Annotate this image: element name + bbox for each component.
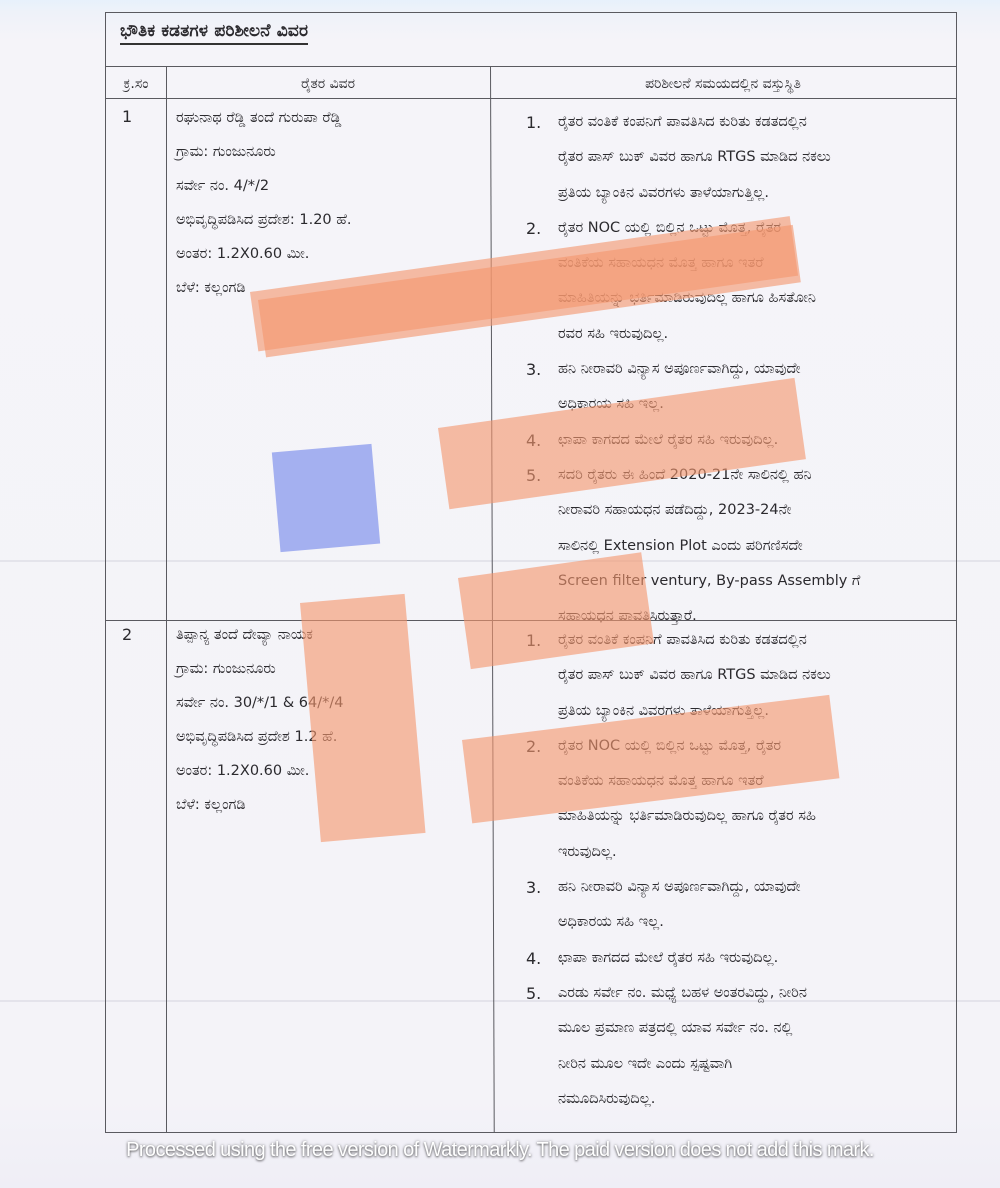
- farmer-developed-area: ಅಭಿವೃದ್ಧಿಪಡಿಸಿದ ಪ್ರದೇಶ 1.2 ಹೆ.: [176, 720, 344, 754]
- row-serial: 1: [122, 107, 132, 126]
- farmer-details: ತಿಪ್ಪಾನ್ಯ ತಂದೆ ದೇವ್ಯಾ ನಾಯಕ ಗ್ರಾಮ: ಗುಂಜುನ…: [176, 618, 344, 822]
- observation-text-line: ಹನಿ ನೀರಾವರಿ ವಿನ್ಯಾಸ ಅಪೂರ್ಣವಾಗಿದ್ದು, ಯಾವು…: [558, 870, 946, 905]
- observation-item: 3.ಹನಿ ನೀರಾವರಿ ವಿನ್ಯಾಸ ಅಪೂರ್ಣವಾಗಿದ್ದು, ಯಾ…: [526, 870, 946, 941]
- observation-number: 4.: [526, 423, 541, 458]
- observation-list: 1.ರೈತರ ವಂತಿಕೆ ಕಂಪನಿಗೆ ಪಾವತಿಸಿದ ಕುರಿತು ಕಡ…: [526, 105, 946, 634]
- column-header-serial: ಕ್ರ.ಸಂ: [106, 69, 166, 99]
- observation-text-line: ವಂತಿಕೆಯ ಸಹಾಯಧನ ಮೊತ್ತ ಹಾಗೂ ಇತರೆ: [558, 246, 946, 281]
- observation-text-line: Screen filter ventury, By-pass Assembly …: [558, 564, 946, 599]
- observation-text-line: ನಮೂದಿಸಿರುವುದಿಲ್ಲ.: [558, 1082, 946, 1117]
- observation-text-line: ಮಾಹಿತಿಯನ್ನು ಭರ್ತಿಮಾಡಿರುವುದಿಲ್ಲ ಹಾಗೂ ರೈತರ…: [558, 799, 946, 834]
- observation-item: 2.ರೈತರ NOC ಯಲ್ಲಿ ಬಿಲ್ಲಿನ ಒಟ್ಟು ಮೊತ್ತ, ರೈ…: [526, 729, 946, 870]
- observation-text-line: ಪ್ರತಿಯ ಬ್ಯಾಂಕಿನ ವಿವರಗಳು ತಾಳೆಯಾಗುತ್ತಿಲ್ಲ.: [558, 176, 946, 211]
- observation-list: 1.ರೈತರ ವಂತಿಕೆ ಕಂಪನಿಗೆ ಪಾವತಿಸಿದ ಕುರಿತು ಕಡ…: [526, 623, 946, 1117]
- observation-number: 2.: [526, 729, 541, 764]
- observation-text-line: ವಂತಿಕೆಯ ಸಹಾಯಧನ ಮೊತ್ತ ಹಾಗೂ ಇತರೆ: [558, 764, 946, 799]
- observation-text-line: ರೈತರ ಪಾಸ್ ಬುಕ್ ವಿವರ ಹಾಗೂ RTGS ಮಾಡಿದ ನಕಲು: [558, 658, 946, 693]
- farmer-survey-number: ಸರ್ವೇ ನಂ. 4/*/2: [176, 169, 352, 203]
- farmer-survey-number: ಸರ್ವೇ ನಂ. 30/*/1 & 64/*/4: [176, 686, 344, 720]
- observation-item: 1.ರೈತರ ವಂತಿಕೆ ಕಂಪನಿಗೆ ಪಾವತಿಸಿದ ಕುರಿತು ಕಡ…: [526, 105, 946, 211]
- observation-text-line: ಇರುವುದಿಲ್ಲ.: [558, 835, 946, 870]
- observation-text-line: ಮೂಲ ಪ್ರಮಾಣ ಪತ್ರದಲ್ಲಿ ಯಾವ ಸರ್ವೇ ನಂ. ನಲ್ಲಿ: [558, 1011, 946, 1046]
- observation-text-line: ಛಾಪಾ ಕಾಗದದ ಮೇಲೆ ರೈತರ ಸಹಿ ಇರುವುದಿಲ್ಲ.: [558, 423, 946, 458]
- observation-text-line: ರೈತರ NOC ಯಲ್ಲಿ ಬಿಲ್ಲಿನ ಒಟ್ಟು ಮೊತ್ತ, ರೈತರ: [558, 729, 946, 764]
- farmer-village: ಗ್ರಾಮ: ಗುಂಜುನೂರು: [176, 652, 344, 686]
- observation-text-line: ಸದರಿ ರೈತರು ಈ ಹಿಂದೆ 2020-21ನೇ ಸಾಲಿನಲ್ಲಿ ಹ…: [558, 458, 946, 493]
- observation-text-line: ರವರ ಸಹಿ ಇರುವುದಿಲ್ಲ.: [558, 317, 946, 352]
- observation-text-line: ಎರಡು ಸರ್ವೇ ನಂ. ಮಧ್ಯೆ ಬಹಳ ಅಂತರವಿದ್ದು, ನೀರ…: [558, 976, 946, 1011]
- inspection-table: ಭೌತಿಕ ಕಡತಗಳ ಪರಿಶೀಲನೆ ವಿವರ ಕ್ರ.ಸಂ ರೈತರ ವಿ…: [105, 12, 957, 1133]
- observation-item: 3.ಹನಿ ನೀರಾವರಿ ವಿನ್ಯಾಸ ಅಪೂರ್ಣವಾಗಿದ್ದು, ಯಾ…: [526, 352, 946, 423]
- observation-text-line: ರೈತರ ವಂತಿಕೆ ಕಂಪನಿಗೆ ಪಾವತಿಸಿದ ಕುರಿತು ಕಡತದ…: [558, 105, 946, 140]
- observation-item: 5.ಎರಡು ಸರ್ವೇ ನಂ. ಮಧ್ಯೆ ಬಹಳ ಅಂತರವಿದ್ದು, ನ…: [526, 976, 946, 1117]
- column-divider: [490, 66, 495, 1132]
- observation-text-line: ಅಧಿಕಾರಯ ಸಹಿ ಇಲ್ಲ.: [558, 905, 946, 940]
- row-serial: 2: [122, 625, 132, 644]
- farmer-name: ತಿಪ್ಪಾನ್ಯ ತಂದೆ ದೇವ್ಯಾ ನಾಯಕ: [176, 618, 344, 652]
- observation-number: 5.: [526, 458, 541, 493]
- watermark-notice: Processed using the free version of Wate…: [0, 1139, 1000, 1162]
- observation-text-line: ರೈತರ ಪಾಸ್ ಬುಕ್ ವಿವರ ಹಾಗೂ RTGS ಮಾಡಿದ ನಕಲು: [558, 140, 946, 175]
- observation-text-line: ಪ್ರತಿಯ ಬ್ಯಾಂಕಿನ ವಿವರಗಳು ತಾಳೆಯಾಗುತ್ತಿಲ್ಲ.: [558, 694, 946, 729]
- observation-number: 1.: [526, 623, 541, 658]
- observation-number: 3.: [526, 352, 541, 387]
- observation-text-line: ಸಾಲಿನಲ್ಲಿ Extension Plot ಎಂದು ಪರಿಗಣಿಸದೇ: [558, 529, 946, 564]
- observation-number: 1.: [526, 105, 541, 140]
- title-divider: [106, 66, 956, 67]
- observation-number: 4.: [526, 941, 541, 976]
- farmer-crop: ಬೆಳೆ: ಕಲ್ಲಂಗಡಿ: [176, 271, 352, 305]
- farmer-developed-area: ಅಭಿವೃದ್ಧಿಪಡಿಸಿದ ಪ್ರದೇಶ: 1.20 ಹೆ.: [176, 203, 352, 237]
- observation-text-line: ಛಾಪಾ ಕಾಗದದ ಮೇಲೆ ರೈತರ ಸಹಿ ಇರುವುದಿಲ್ಲ.: [558, 941, 946, 976]
- observation-number: 2.: [526, 211, 541, 246]
- observation-text-line: ಅಧಿಕಾರಯ ಸಹಿ ಇಲ್ಲ.: [558, 387, 946, 422]
- column-divider: [166, 66, 167, 1132]
- observation-text-line: ನೀರಾವರಿ ಸಹಾಯಧನ ಪಡೆದಿದ್ದು, 2023-24ನೇ: [558, 493, 946, 528]
- document-title: ಭೌತಿಕ ಕಡತಗಳ ಪರಿಶೀಲನೆ ವಿವರ: [120, 21, 308, 45]
- observation-text-line: ಮಾಹಿತಿಯನ್ನು ಭರ್ತಿಮಾಡಿರುವುದಿಲ್ಲ ಹಾಗೂ ಹಿಸತ…: [558, 281, 946, 316]
- observation-text-line: ಹನಿ ನೀರಾವರಿ ವಿನ್ಯಾಸ ಅಪೂರ್ಣವಾಗಿದ್ದು, ಯಾವು…: [558, 352, 946, 387]
- observation-number: 5.: [526, 976, 541, 1011]
- observation-text-line: ನೀರಿನ ಮೂಲ ಇದೇ ಎಂದು ಸ್ಪಷ್ಟವಾಗಿ: [558, 1047, 946, 1082]
- farmer-spacing: ಅಂತರ: 1.2X0.60 ಮೀ.: [176, 754, 344, 788]
- observation-item: 1.ರೈತರ ವಂತಿಕೆ ಕಂಪನಿಗೆ ಪಾವತಿಸಿದ ಕುರಿತು ಕಡ…: [526, 623, 946, 729]
- farmer-crop: ಬೆಳೆ: ಕಲ್ಲಂಗಡಿ: [176, 788, 344, 822]
- column-header-observation: ಪರಿಶೀಲನೆ ಸಮಯದಲ್ಲಿನ ವಸ್ತುಸ್ಥಿತಿ: [490, 69, 956, 99]
- observation-item: 2.ರೈತರ NOC ಯಲ್ಲಿ ಬಿಲ್ಲಿನ ಒಟ್ಟು ಮೊತ್ತ, ರೈ…: [526, 211, 946, 352]
- observation-item: 4.ಛಾಪಾ ಕಾಗದದ ಮೇಲೆ ರೈತರ ಸಹಿ ಇರುವುದಿಲ್ಲ.: [526, 941, 946, 976]
- observation-number: 3.: [526, 870, 541, 905]
- column-header-farmer-details: ರೈತರ ವಿವರ: [166, 69, 490, 99]
- farmer-spacing: ಅಂತರ: 1.2X0.60 ಮೀ.: [176, 237, 352, 271]
- observation-text-line: ರೈತರ NOC ಯಲ್ಲಿ ಬಿಲ್ಲಿನ ಒಟ್ಟು ಮೊತ್ತ, ರೈತರ: [558, 211, 946, 246]
- observation-item: 4.ಛಾಪಾ ಕಾಗದದ ಮೇಲೆ ರೈತರ ಸಹಿ ಇರುವುದಿಲ್ಲ.: [526, 423, 946, 458]
- observation-item: 5.ಸದರಿ ರೈತರು ಈ ಹಿಂದೆ 2020-21ನೇ ಸಾಲಿನಲ್ಲಿ…: [526, 458, 946, 634]
- farmer-details: ರಘುನಾಥ ರೆಡ್ಡಿ ತಂದೆ ಗುರುಪಾ ರೆಡ್ಡಿ ಗ್ರಾಮ: …: [176, 101, 352, 305]
- observation-text-line: ರೈತರ ವಂತಿಕೆ ಕಂಪನಿಗೆ ಪಾವತಿಸಿದ ಕುರಿತು ಕಡತದ…: [558, 623, 946, 658]
- farmer-village: ಗ್ರಾಮ: ಗುಂಜುನೂರು: [176, 135, 352, 169]
- farmer-name: ರಘುನಾಥ ರೆಡ್ಡಿ ತಂದೆ ಗುರುಪಾ ರೆಡ್ಡಿ: [176, 101, 352, 135]
